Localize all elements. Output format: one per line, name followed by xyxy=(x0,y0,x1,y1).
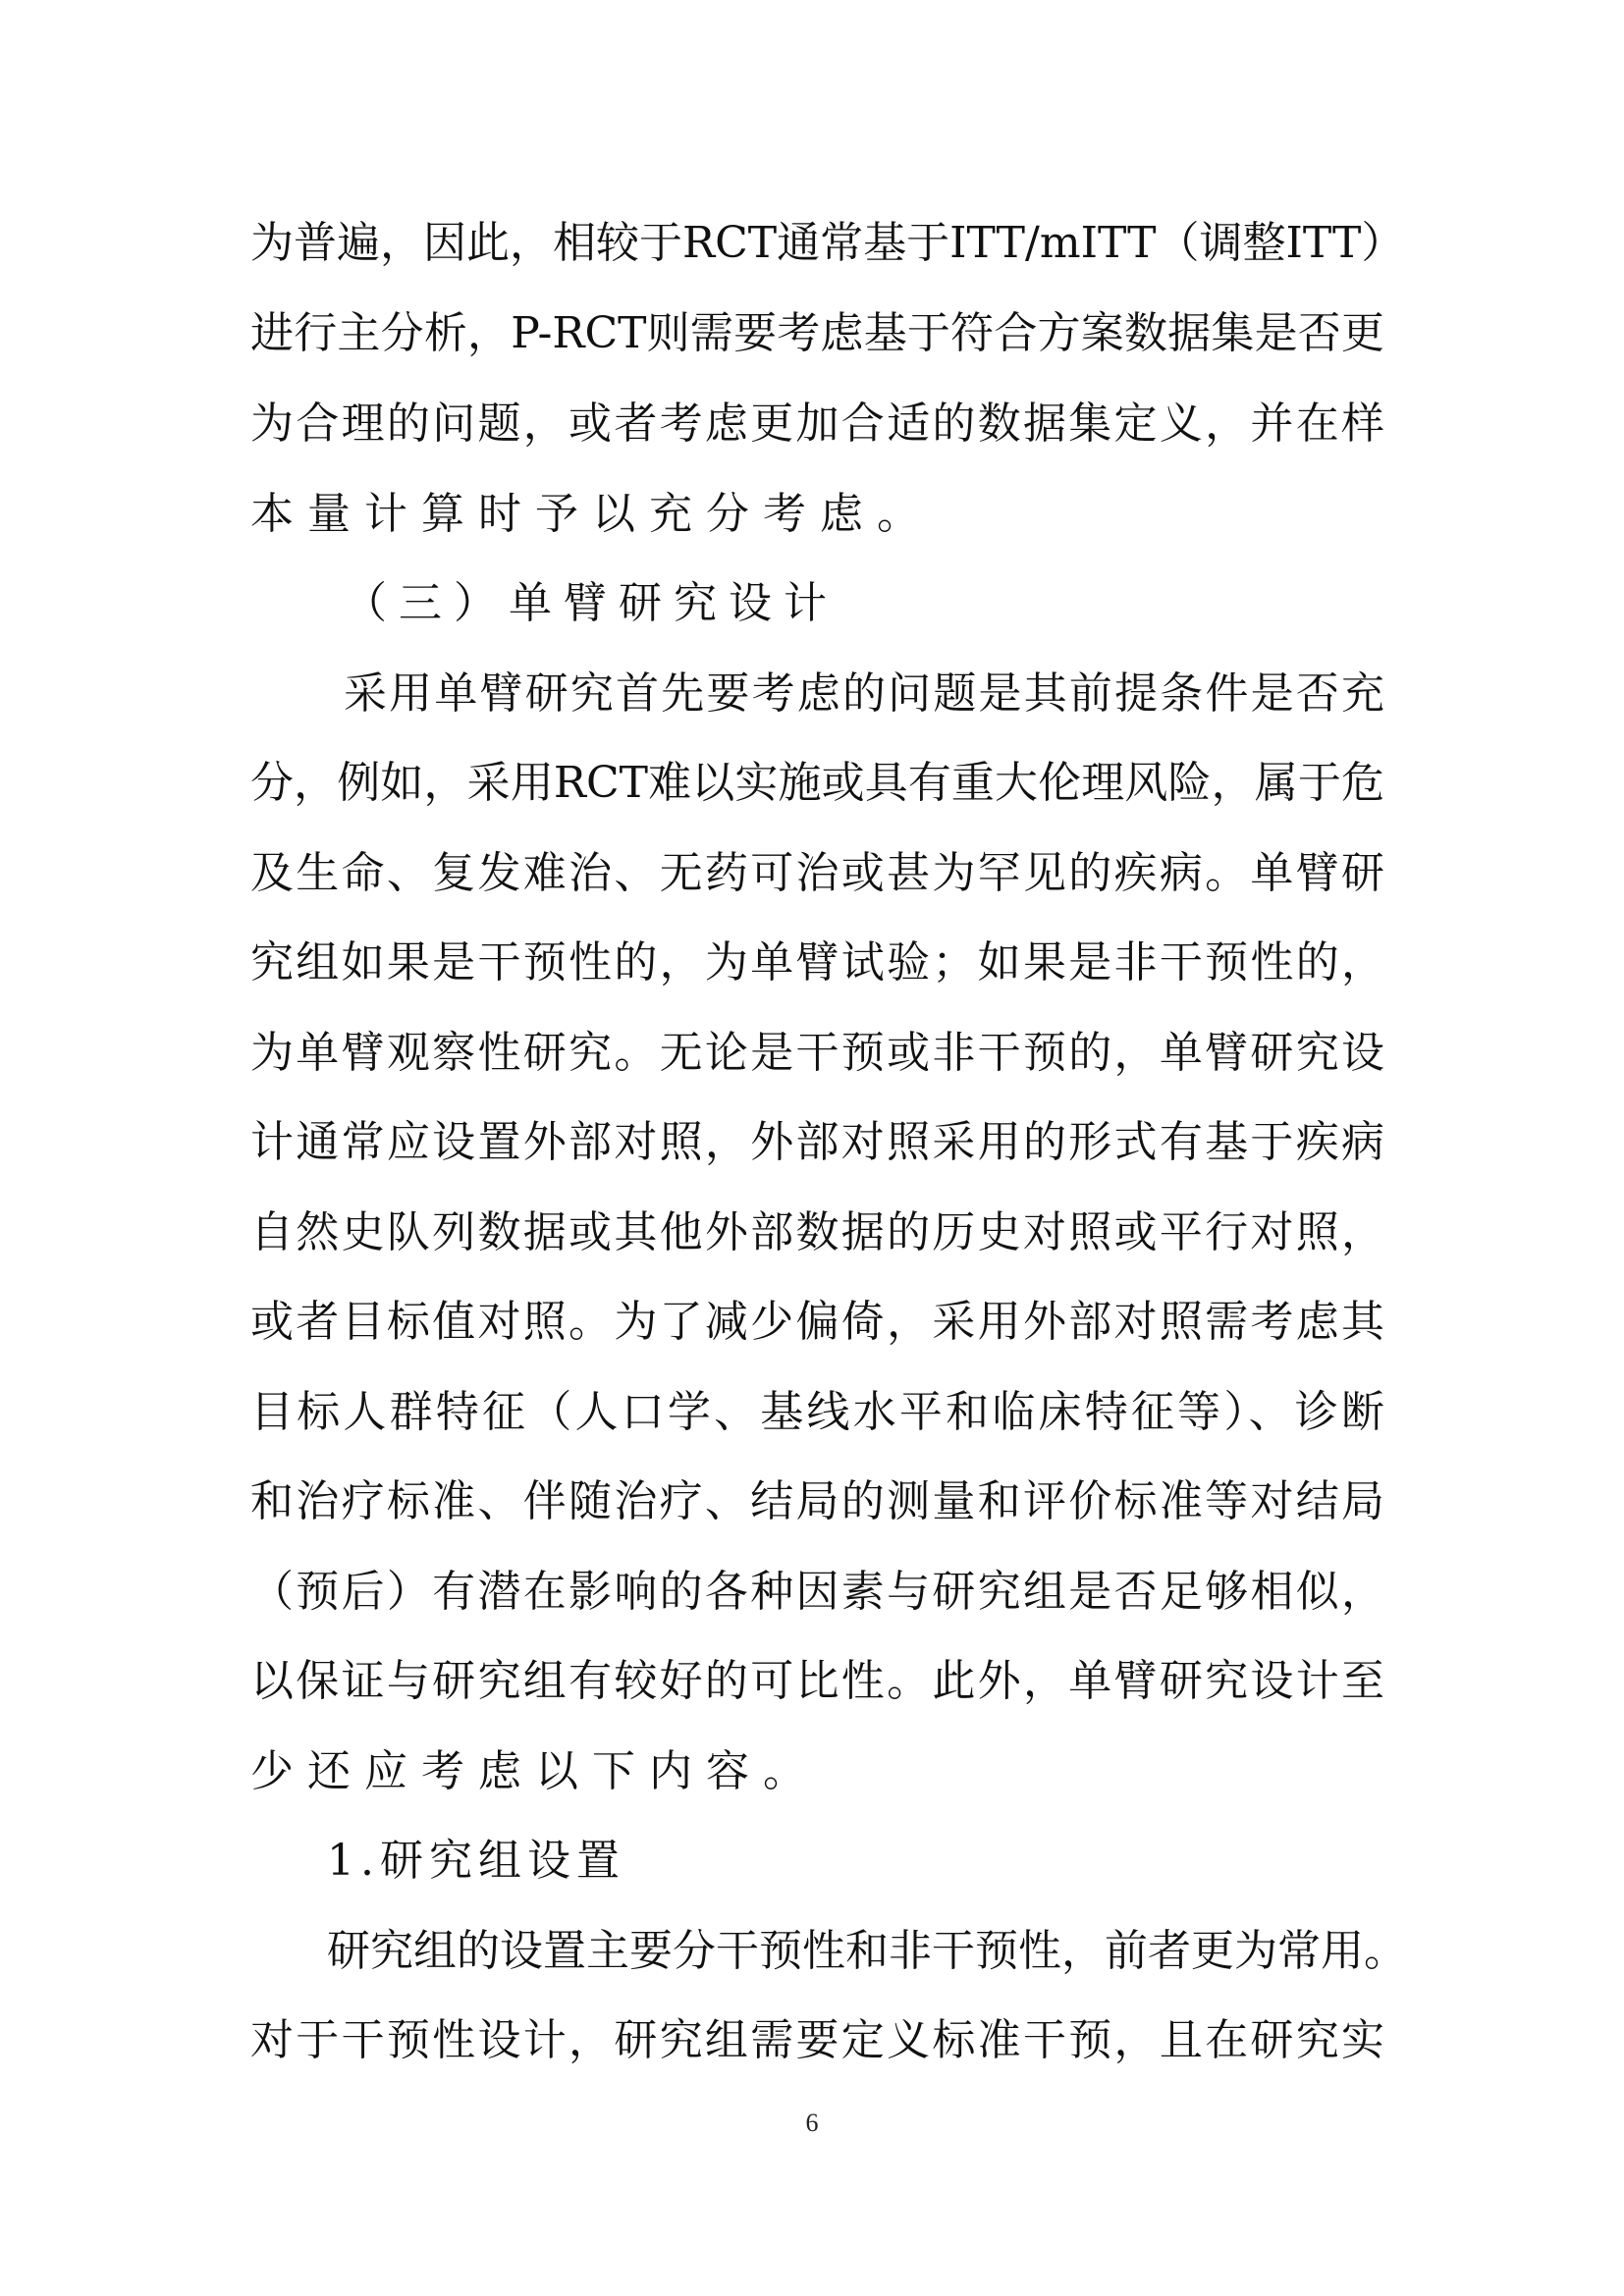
body-line: 及生命、复发难治、无药可治或甚为罕见的疾病。单臂研 xyxy=(250,846,1384,901)
body-line: 计通常应设置外部对照，外部对照采用的形式有基于疾病 xyxy=(250,1115,1384,1170)
body-line: 目标人群特征（人口学、基线水平和临床特征等）、诊断 xyxy=(250,1385,1384,1440)
section-heading: （三）单臂研究设计 xyxy=(344,576,839,631)
body-line: 分，例如，采用RCT难以实施或具有重大伦理风险，属于危 xyxy=(250,756,1384,811)
subsection-heading: 1.研究组设置 xyxy=(327,1834,625,1889)
body-line: 或者目标值对照。为了减少偏倚，采用外部对照需考虑其 xyxy=(250,1295,1384,1350)
body-line: 采用单臂研究首先要考虑的问题是其前提条件是否充 xyxy=(344,667,1384,721)
body-line: 和治疗标准、伴随治疗、结局的测量和评价标准等对结局 xyxy=(250,1474,1384,1529)
body-line: 为单臂观察性研究。无论是干预或非干预的，单臂研究设 xyxy=(250,1026,1384,1081)
body-line: 对于干预性设计，研究组需要定义标准干预，且在研究实 xyxy=(250,2013,1384,2068)
body-line: 为合理的问题，或者考虑更加合适的数据集定义，并在样 xyxy=(250,397,1384,452)
body-line: （预后）有潜在影响的各种因素与研究组是否足够相似， xyxy=(250,1565,1384,1620)
body-line: 少还应考虑以下内容。 xyxy=(250,1744,820,1799)
body-line: 本量计算时予以充分考虑。 xyxy=(250,487,934,542)
page-number: 6 xyxy=(0,2109,1624,2138)
body-line: 为普遍，因此，相较于RCT通常基于ITT/mITT（调整ITT） xyxy=(250,216,1384,271)
body-line: 自然史队列数据或其他外部数据的历史对照或平行对照， xyxy=(250,1205,1384,1260)
body-line: 研究组的设置主要分干预性和非干预性，前者更为常用。 xyxy=(327,1924,1399,1979)
body-line: 进行主分析，P-RCT则需要考虑基于符合方案数据集是否更 xyxy=(250,306,1384,361)
body-line: 究组如果是干预性的，为单臂试验；如果是非干预性的， xyxy=(250,935,1384,990)
body-line: 以保证与研究组有较好的可比性。此外，单臂研究设计至 xyxy=(250,1654,1384,1709)
document-page: 为普遍，因此，相较于RCT通常基于ITT/mITT（调整ITT） 进行主分析，P… xyxy=(0,0,1624,2296)
